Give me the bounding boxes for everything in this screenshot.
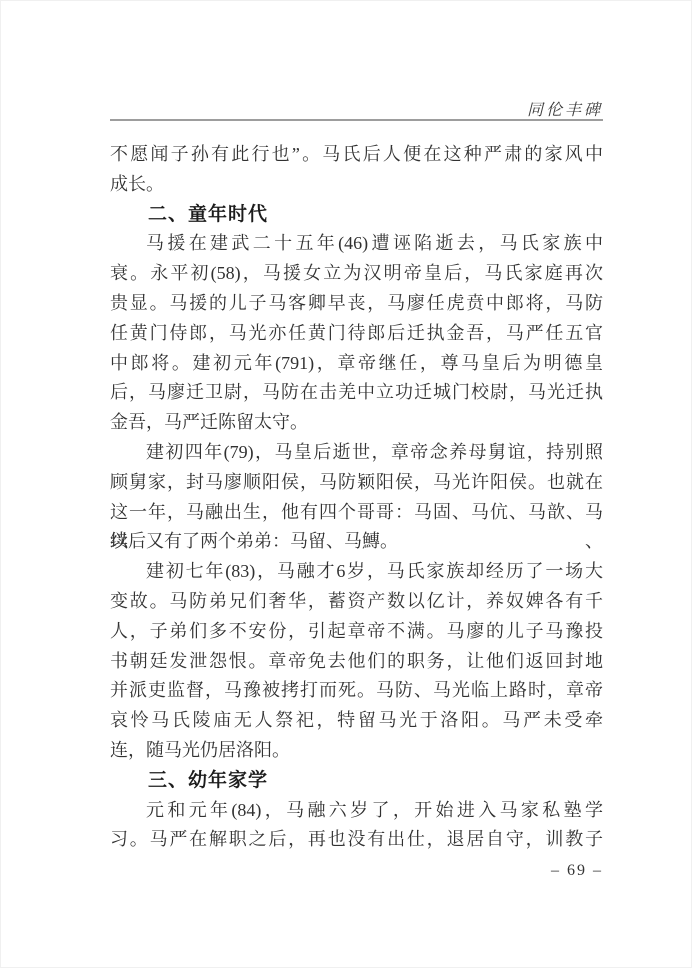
body-line: 马援在建武二十五年(46)遭诬陷逝去，马氏家族中 (110, 229, 603, 259)
body-text: 不愿闻子孙有此行也”。马氏后人便在这种严肃的家风中 成长。 二、童年时代 马援在… (110, 140, 603, 855)
body-line: 元和元年(84)，马融六岁了，开始进入马家私塾学 (110, 796, 603, 826)
section-heading: 三、幼年家学 (110, 766, 603, 796)
section-heading: 二、童年时代 (110, 200, 603, 230)
body-line: 贵显。马援的儿子马客卿早丧，马廖任虎贲中郎将，马防 (110, 289, 603, 319)
book-page: 同伦丰碑 不愿闻子孙有此行也”。马氏后人便在这种严肃的家风中 成长。 二、童年时… (0, 0, 692, 968)
body-line: 建初四年(79)，马皇后逝世，章帝念养母舅谊，持别照 (110, 438, 603, 468)
header-rule (110, 119, 603, 121)
body-line: 变故。马防弟兄们奢华，蓄资产数以亿计，养奴婢各有千 (110, 587, 603, 617)
body-line: 衰。永平初(58)，马援女立为汉明帝皇后，马氏家庭再次 (110, 259, 603, 289)
body-line: 后，马廖迁卫尉，马防在击羌中立功迁城门校尉，马光迁执 (110, 378, 603, 408)
body-line: 人，子弟们多不安份，引起章帝不满。马廖的儿子马豫投 (110, 617, 603, 647)
body-line: 不愿闻子孙有此行也”。马氏后人便在这种严肃的家风中 (110, 140, 603, 170)
body-line: 这一年，马融出生，他有四个哥哥：马固、马伉、马歆、马续、 (110, 498, 603, 528)
body-line: 建初七年(83)，马融才6岁，马氏家族却经历了一场大 (110, 557, 603, 587)
body-line: 哀怜马氏陵庙无人祭祀，特留马光于洛阳。马严未受牵 (110, 706, 603, 736)
body-line: 中郎将。建初元年(791)，章帝继任，尊马皇后为明德皇 (110, 349, 603, 379)
body-line: 连，随马光仍居洛阳。 (110, 736, 603, 766)
body-line: 金吾，马严迁陈留太守。 (110, 408, 603, 438)
body-line: 书朝廷发泄怨恨。章帝免去他们的职务，让他们返回封地 (110, 647, 603, 677)
body-line: 成长。 (110, 170, 603, 200)
running-header: 同伦丰碑 (110, 97, 603, 120)
body-line: 并派吏监督，马豫被拷打而死。马防、马光临上路时，章帝 (110, 676, 603, 706)
body-line: 习。马严在解职之后，再也没有出仕，退居自守，训教子 (110, 825, 603, 855)
page-number: – 69 – (110, 862, 603, 880)
body-line: 任黄门侍郎，马光亦任黄门待郎后迁执金吾，马严任五官 (110, 319, 603, 349)
body-line: 顾舅家，封马廖顺阳侯，马防颖阳侯，马光许阳侯。也就在 (110, 468, 603, 498)
